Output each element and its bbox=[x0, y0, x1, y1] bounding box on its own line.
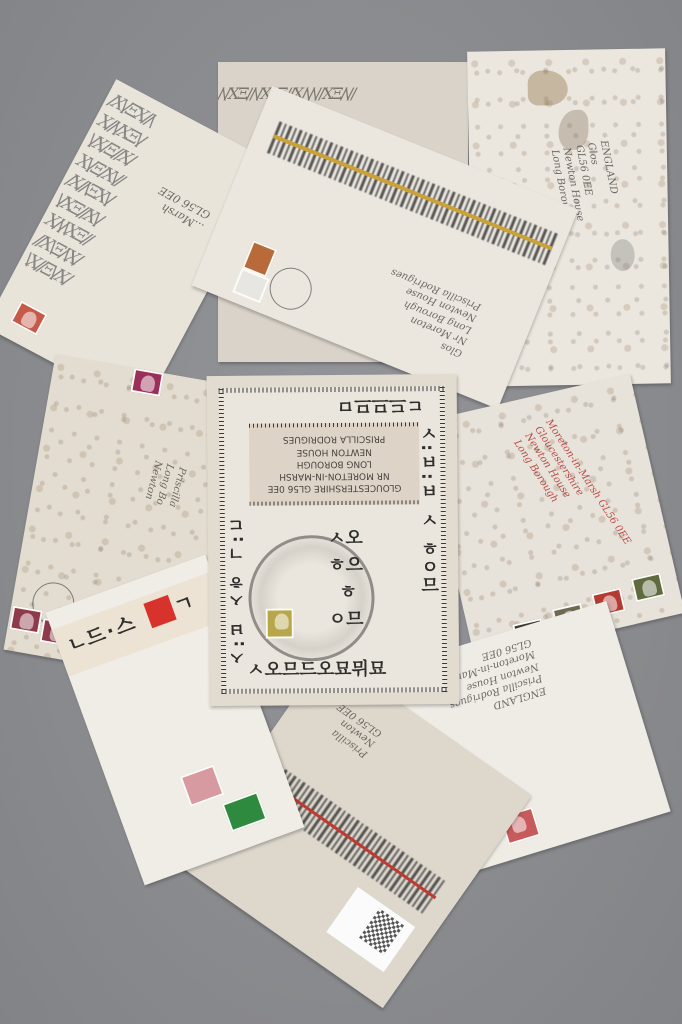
stamp bbox=[9, 606, 43, 635]
handwritten-address: Priscilla Long Bo Newton bbox=[141, 459, 188, 509]
stamp bbox=[130, 368, 164, 397]
scribble-line: /\/XΞ//\/X/\Ξ//X/\/\//XΞ/\// bbox=[218, 84, 468, 114]
scribble-texture: /X\/ΞX//\ X//\/XΞ\/ \/X/Ξ//X/ X\/Ξ/X\// … bbox=[20, 90, 157, 291]
stamp bbox=[180, 765, 225, 807]
handwritten-address: Priscilla Newton GL56 0EE bbox=[321, 699, 385, 759]
hangul-bottom: ㅅ오므드오묘뮈묘 bbox=[247, 660, 386, 681]
leaf-inclusion bbox=[527, 70, 568, 106]
address-line: GLOUCESTERSHIRE GL56 0EE bbox=[249, 481, 419, 495]
hangul-right: ㅅ:ㅂ:ㅂ ㅅ ㅎㅇ므 bbox=[417, 424, 438, 594]
handwritten-address: Glos Nr Moreton Long Borough Newton Hous… bbox=[371, 265, 483, 359]
address-line: LONG BOROUGH bbox=[249, 457, 419, 471]
stitching-bottom bbox=[221, 687, 447, 694]
leaf-inclusion bbox=[610, 239, 635, 271]
stamp bbox=[222, 791, 268, 832]
handwritten-address: ...Marsh GL56 0EE bbox=[150, 183, 213, 234]
stamp bbox=[266, 608, 294, 638]
handwritten-address: Moreton-in-Marsh GL56 0EE Gloucestershir… bbox=[511, 417, 633, 568]
recipient-address: GLOUCESTERSHIRE GL56 0EE NR MORETON-IN-M… bbox=[249, 432, 420, 494]
address-panel: GLOUCESTERSHIRE GL56 0EE NR MORETON-IN-M… bbox=[249, 422, 420, 505]
coin-postmark bbox=[248, 535, 375, 662]
stamp bbox=[10, 300, 48, 335]
address-line: PRISCILLA RODRIGUES bbox=[249, 432, 419, 446]
hangul-top: ㄷ드므므ㅁ bbox=[337, 394, 424, 415]
address-line: NEWTON HOUSE bbox=[249, 444, 419, 458]
postmark bbox=[263, 261, 318, 316]
address-stitch-top bbox=[249, 422, 419, 427]
stamp bbox=[631, 572, 666, 602]
hangul-left: ㅅ:ㅂ ㅅㅎ ㄱ:ㄷ bbox=[228, 516, 249, 668]
envelope-center: GLOUCESTERSHIRE GL56 0EE NR MORETON-IN-M… bbox=[207, 374, 460, 706]
photo-scene: /\/XΞ//\/X/\Ξ//X/\/\//XΞ/\// Long Boroug… bbox=[0, 0, 682, 1024]
